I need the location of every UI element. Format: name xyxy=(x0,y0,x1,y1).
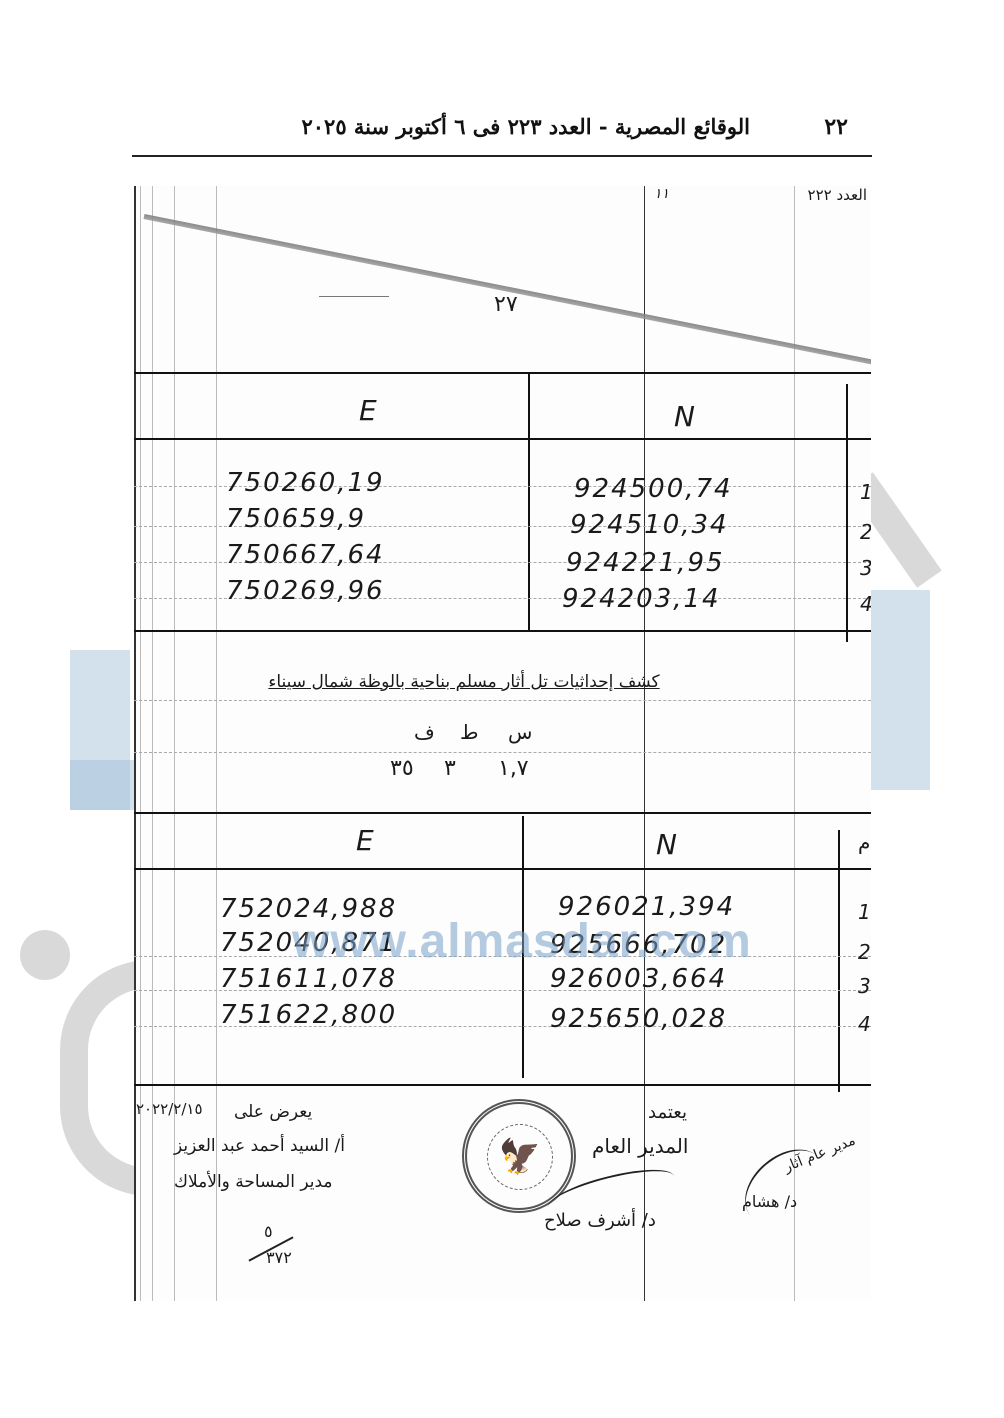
area-value-sahm: ٣٥ xyxy=(390,756,414,781)
table1-row2-n: 924510,34 xyxy=(570,510,729,540)
table1-row2-no: 2 xyxy=(860,520,871,544)
table1-row4-n: 924203,14 xyxy=(562,584,721,614)
signature-line: أ/ السيد أحمد عبد العزيز xyxy=(174,1136,345,1156)
margin-line xyxy=(216,186,217,1301)
table2-row4-no: 4 xyxy=(858,1012,871,1036)
watermark-dot xyxy=(20,930,70,980)
gazette-title: الوقائع المصرية - العدد ٢٢٣ فى ٦ أكتوبر … xyxy=(301,114,750,139)
area-unit-sahm: س xyxy=(508,720,532,744)
signature-date: ٢٠٢٢/٢/١٥ xyxy=(136,1100,203,1118)
top-mark: ١١ xyxy=(654,186,669,202)
area-value-feddan: ١,٧ xyxy=(498,756,529,781)
table2-header-n: N xyxy=(656,828,677,861)
fraction-denominator: ٣٧٢ xyxy=(266,1248,292,1267)
table2-header-border xyxy=(134,868,871,870)
table1-bottom-border xyxy=(134,630,871,632)
table1-row4-e: 750269,96 xyxy=(226,576,385,606)
eagle-seal-icon: 🦅 xyxy=(487,1124,553,1190)
ruled-line xyxy=(134,752,871,753)
area-unit-qirat: ط xyxy=(460,720,479,744)
table1-top-border xyxy=(134,372,871,374)
table2-header-no: م xyxy=(858,830,870,854)
area-value-qirat: ٣ xyxy=(444,756,456,781)
margin-line xyxy=(140,186,141,1301)
table1-row3-n: 924221,95 xyxy=(566,548,725,578)
table2-row2-no: 2 xyxy=(858,940,871,964)
issue-annotation: العدد ٢٢٢ xyxy=(808,186,867,204)
section-title: كشف إحداثيات تل أثار مسلم بناحية بالوظة … xyxy=(264,672,664,692)
parcel-label: ٢٧ xyxy=(494,292,518,317)
table2-top-border xyxy=(134,812,871,814)
header-divider xyxy=(132,155,872,157)
table2-row4-e: 751622,800 xyxy=(220,1000,397,1030)
table2-col-divider xyxy=(838,830,840,1092)
table1-row2-e: 750659,9 xyxy=(226,504,366,534)
table1-row3-e: 750667,64 xyxy=(226,540,385,570)
table1-row1-n: 924500,74 xyxy=(574,474,733,504)
fraction-numerator: ٥ xyxy=(264,1222,273,1241)
table1-row1-e: 750260,19 xyxy=(226,468,385,498)
margin-line xyxy=(794,186,795,1301)
boundary-line xyxy=(144,214,871,368)
table2-header-e: E xyxy=(356,824,374,857)
table2-row1-no: 1 xyxy=(858,900,871,924)
table1-header-border xyxy=(134,438,871,440)
margin-line xyxy=(174,186,175,1301)
table2-row3-no: 3 xyxy=(858,974,871,998)
table2-bottom-border xyxy=(134,1084,871,1086)
margin-line xyxy=(134,186,136,1301)
ruled-line xyxy=(134,700,871,701)
signature-line: يعرض على xyxy=(234,1102,312,1122)
signature-line: المدير العام xyxy=(592,1134,688,1158)
area-unit-feddan: ف xyxy=(414,720,435,744)
table2-row4-n: 925650,028 xyxy=(550,1004,727,1034)
scanned-document: العدد ٢٢٢ ١١ ٢٧ E N 750260,19 924500,74 … xyxy=(134,186,871,1301)
dash-mark xyxy=(319,296,389,297)
table1-row1-no: 1 xyxy=(860,480,871,504)
table1-row3-no: 3 xyxy=(860,556,871,580)
table1-col-divider xyxy=(528,374,530,632)
watermark-url: www.almasdar.com xyxy=(292,914,752,969)
table1-col-divider xyxy=(846,384,848,642)
table1-header-n: N xyxy=(674,400,695,433)
signature-line: يعتمد xyxy=(648,1102,687,1123)
signature-line: مدير المساحة والأملاك xyxy=(174,1172,333,1192)
page-header: ٢٢ الوقائع المصرية - العدد ٢٢٣ فى ٦ أكتو… xyxy=(132,108,872,154)
margin-line xyxy=(152,186,153,1301)
page-number: ٢٢ xyxy=(824,114,848,140)
table1-header-e: E xyxy=(359,394,377,427)
table1-row4-no: 4 xyxy=(860,592,871,616)
